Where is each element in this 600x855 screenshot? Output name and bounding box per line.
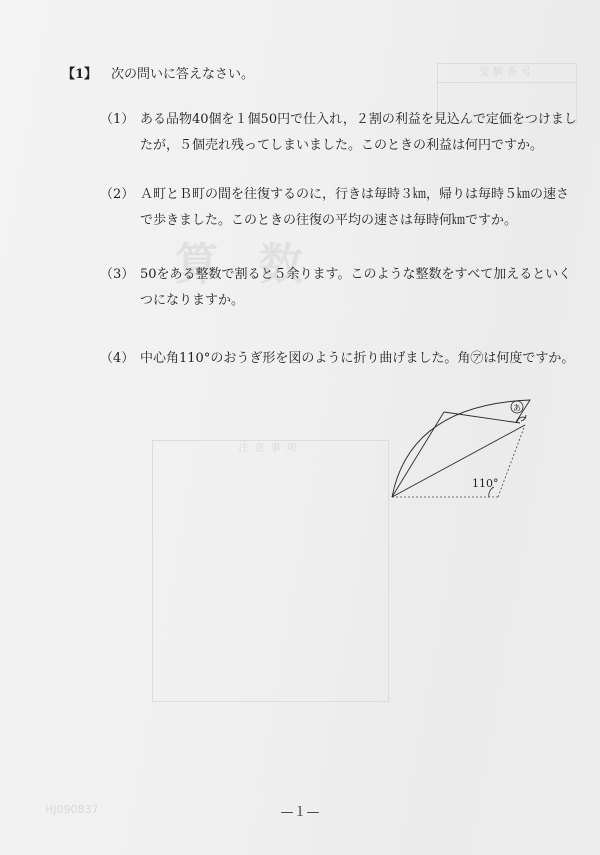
- question-text-line1: ある品物40個を１個50円で仕入れ，２割の利益を見込んで定価をつけまし: [140, 112, 577, 127]
- question-number: （4）: [100, 346, 140, 372]
- question-text-line2: たが，５個売れ残ってしまいました。このときの利益は何円ですか。: [100, 133, 577, 159]
- question-3: （3）50をある整数で割ると５余ります。このような整数をすべて加えるといく つに…: [100, 262, 571, 314]
- angle-110-label: 110°: [472, 477, 499, 490]
- question-text-line1: 中心角110°のおうぎ形を図のように折り曲げました。角㋐は何度ですか。: [140, 351, 574, 366]
- section-heading: 【1】次の問いに答えなさい。: [62, 63, 254, 82]
- folded-sector-figure: 110° あ: [380, 385, 540, 515]
- dashed-radius-side: [498, 425, 525, 497]
- ghost-notes-box: 注意事項: [152, 440, 389, 702]
- question-number: （3）: [100, 262, 140, 288]
- question-text-line2: で歩きました。このときの往復の平均の速さは毎時何㎞ですか。: [100, 208, 569, 234]
- question-number: （2）: [100, 182, 140, 208]
- question-text-line1: 50をある整数で割ると５余ります。このような整数をすべて加えるといく: [140, 267, 571, 282]
- angle-a-label: あ: [513, 404, 521, 413]
- ghost-notes-header: 注意事項: [153, 439, 388, 454]
- exam-page: 受験番号 算数 注意事項 HJ090837 【1】次の問いに答えなさい。 （1）…: [0, 0, 600, 855]
- question-text-line2: つになりますか。: [100, 288, 571, 314]
- question-1: （1）ある品物40個を１個50円で仕入れ，２割の利益を見込んで定価をつけまし た…: [100, 107, 577, 159]
- fold-line-2: [392, 425, 525, 497]
- question-number: （1）: [100, 107, 140, 133]
- question-text-line1: Ａ町とＢ町の間を往復するのに，行きは毎時３㎞，帰りは毎時５㎞の速さ: [140, 187, 569, 202]
- section-instruction: 次の問いに答えなさい。: [111, 67, 254, 82]
- section-number: 【1】: [62, 67, 97, 82]
- page-number: —１—: [0, 801, 600, 820]
- question-2: （2）Ａ町とＢ町の間を往復するのに，行きは毎時３㎞，帰りは毎時５㎞の速さ で歩き…: [100, 182, 569, 234]
- fold-edge-top: [444, 412, 520, 423]
- fold-line-1: [392, 412, 444, 497]
- question-4: （4）中心角110°のおうぎ形を図のように折り曲げました。角㋐は何度ですか。: [100, 346, 574, 372]
- ghost-stamp-header: 受験番号: [438, 64, 576, 83]
